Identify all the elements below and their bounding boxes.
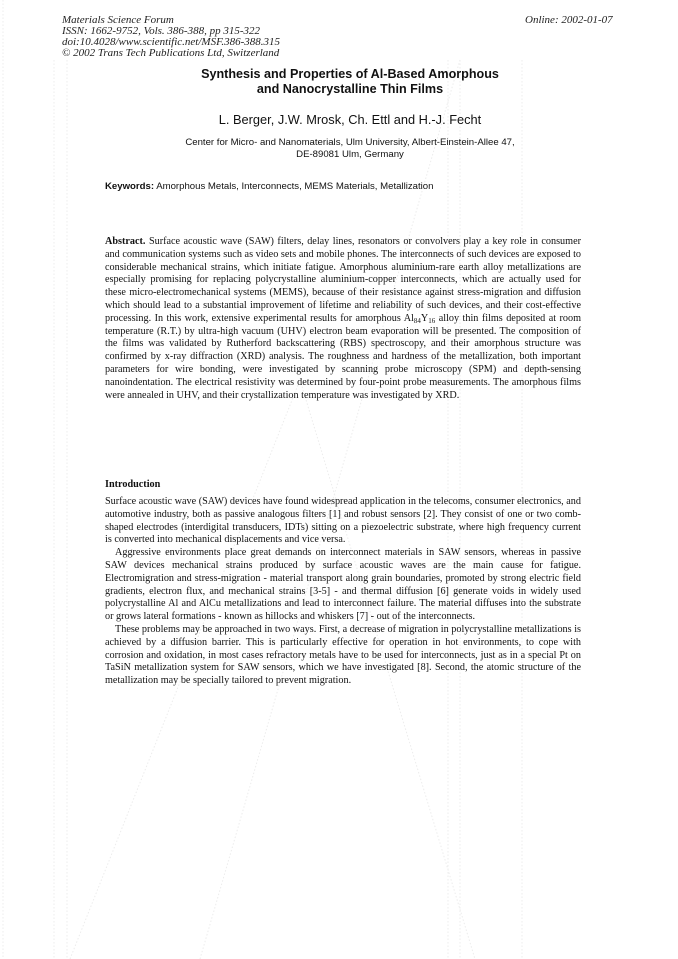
abstract-text-2: alloy thin films deposited at room tempe… <box>105 313 581 401</box>
abstract-text-1: Surface acoustic wave (SAW) filters, del… <box>105 236 581 324</box>
intro-paragraph-3: These problems may be approached in two … <box>105 624 581 688</box>
online-date: Online: 2002-01-07 <box>525 15 613 26</box>
intro-paragraph-1: Surface acoustic wave (SAW) devices have… <box>105 496 581 547</box>
title-line-2: and Nanocrystalline Thin Films <box>130 82 570 97</box>
intro-paragraph-2: Aggressive environments place great dema… <box>105 547 581 624</box>
authors: L. Berger, J.W. Mrosk, Ch. Ettl and H.-J… <box>130 112 570 127</box>
copyright-line: © 2002 Trans Tech Publications Ltd, Swit… <box>62 48 280 59</box>
alloy-formula: Al84Y16 <box>404 313 436 324</box>
title-line-1: Synthesis and Properties of Al-Based Amo… <box>130 67 570 82</box>
keywords-label: Keywords: <box>105 181 154 192</box>
keywords-list: Amorphous Metals, Interconnects, MEMS Ma… <box>156 181 433 192</box>
affiliation-line-2: DE-89081 Ulm, Germany <box>130 149 570 161</box>
introduction-body: Surface acoustic wave (SAW) devices have… <box>105 496 581 688</box>
formula-sub-al: 84 <box>414 317 421 325</box>
abstract-label: Abstract. <box>105 236 145 247</box>
abstract: Abstract. Surface acoustic wave (SAW) fi… <box>105 236 581 402</box>
affiliation: Center for Micro- and Nanomaterials, Ulm… <box>130 137 570 161</box>
affiliation-line-1: Center for Micro- and Nanomaterials, Ulm… <box>130 137 570 149</box>
journal-metadata: Materials Science Forum ISSN: 1662-9752,… <box>62 15 280 59</box>
formula-element-al: Al <box>404 313 414 324</box>
paper-title: Synthesis and Properties of Al-Based Amo… <box>130 67 570 97</box>
keywords: Keywords: Amorphous Metals, Interconnect… <box>105 181 433 193</box>
section-heading-introduction: Introduction <box>105 479 160 490</box>
